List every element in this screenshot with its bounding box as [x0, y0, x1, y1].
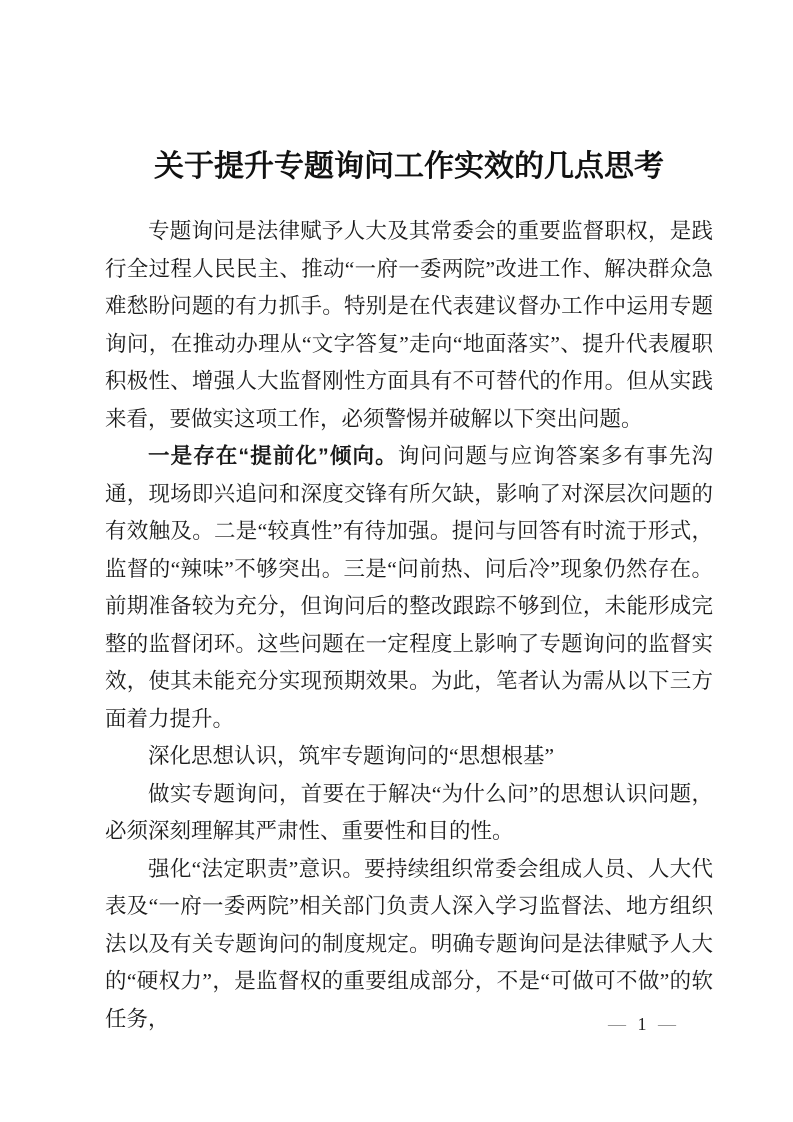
text-run: 深化思想认识，筑牢专题询问的“思想根基” — [148, 744, 554, 768]
footer-dash-left: — — [608, 1014, 626, 1034]
document-body: 专题询问是法律赋予人大及其常委会的重要监督职权，是践行全过程人民民主、推动“一府… — [105, 213, 713, 1038]
paragraph: 做实专题询问，首要在于解决“为什么问”的思想认识问题，必须深刻理解其严肃性、重要… — [105, 776, 713, 851]
paragraph: 专题询问是法律赋予人大及其常委会的重要监督职权，是践行全过程人民民主、推动“一府… — [105, 213, 713, 438]
text-run: 询问问题与应询答案多有事先沟通，现场即兴追问和深度交锋有所欠缺，影响了对深层次问… — [105, 444, 713, 731]
text-run: 强化“法定职责”意识。要持续组织常委会组成人员、人大代表及“一府一委两院”相关部… — [105, 857, 713, 1031]
paragraph: 强化“法定职责”意识。要持续组织常委会组成人员、人大代表及“一府一委两院”相关部… — [105, 851, 713, 1039]
text-run: 专题询问是法律赋予人大及其常委会的重要监督职权，是践行全过程人民民主、推动“一府… — [105, 219, 713, 431]
text-run: 做实专题询问，首要在于解决“为什么问”的思想认识问题，必须深刻理解其严肃性、重要… — [105, 782, 713, 844]
bold-text-run: 一是存在“提前化”倾向。 — [148, 444, 398, 468]
paragraph: 深化思想认识，筑牢专题询问的“思想根基” — [105, 738, 713, 776]
document-page: 关于提升专题询问工作实效的几点思考 专题询问是法律赋予人大及其常委会的重要监督职… — [0, 0, 793, 1122]
document-title: 关于提升专题询问工作实效的几点思考 — [105, 147, 713, 187]
paragraph: 一是存在“提前化”倾向。询问问题与应询答案多有事先沟通，现场即兴追问和深度交锋有… — [105, 438, 713, 738]
footer-dash-right: — — [658, 1014, 676, 1034]
page-number: 1 — [638, 1014, 647, 1034]
page-footer: — 1 — — [608, 1012, 676, 1036]
